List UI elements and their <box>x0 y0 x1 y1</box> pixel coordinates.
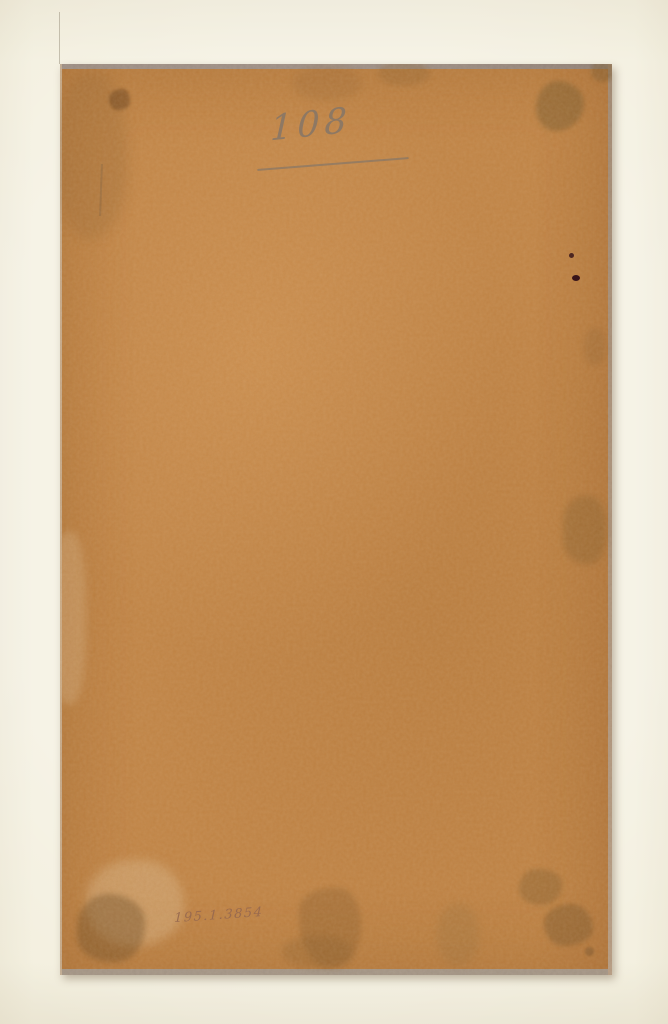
ink-dot-small <box>569 253 574 258</box>
sheet-edge-bottom <box>60 969 612 975</box>
stain-bottom-center-tail <box>282 936 352 968</box>
inscription-number: 108 <box>270 104 353 148</box>
stain-bottom-right-2 <box>544 904 593 946</box>
pencil-mark-left <box>99 164 103 216</box>
sheet-shading <box>60 64 612 975</box>
stain-bottom-left-dark <box>77 894 145 962</box>
stain-right-middle <box>563 496 607 564</box>
stain-bottom-right-1 <box>519 869 562 905</box>
stain-bottom-left-light <box>86 860 184 946</box>
ink-dot-large <box>572 275 580 281</box>
stain-bottom-right-dot <box>585 947 594 956</box>
stain-top-edge-1 <box>293 66 361 101</box>
paper-sheet-verso: 108 195.1.3854 <box>60 64 612 975</box>
stain-left-edge-streak <box>60 532 86 704</box>
inscription-underline <box>257 157 409 171</box>
artwork-photo-verso: 108 195.1.3854 <box>0 0 668 1024</box>
stain-bottom-light <box>437 904 479 966</box>
accession-number: 195.1.3854 <box>174 906 264 925</box>
mat-crease-line <box>59 12 60 64</box>
sheet-edge-right <box>608 64 612 975</box>
paper-grain-texture <box>60 64 612 975</box>
stain-top-right-blob <box>536 81 584 131</box>
stain-top-left-squiggle <box>109 89 130 110</box>
sheet-edge-left <box>60 64 62 975</box>
stain-top-left-patch <box>60 72 128 240</box>
sheet-edge-top <box>60 64 612 69</box>
stain-right-edge <box>584 328 606 366</box>
stain-bottom-center-drip <box>299 888 361 968</box>
